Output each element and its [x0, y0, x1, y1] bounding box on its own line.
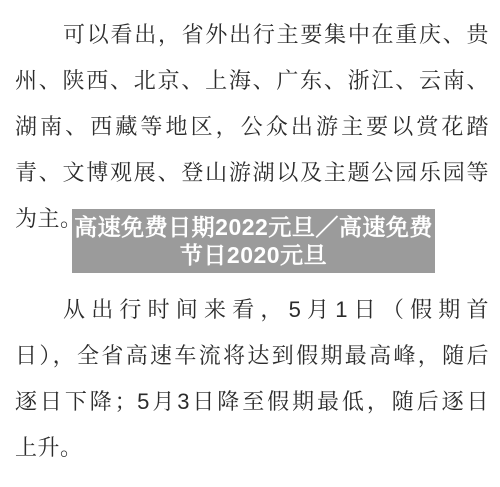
paragraph-travel-time: 从出行时间来看，5月1日（假期首 日），全省高速车流将达到假期最高峰，随后 逐日…: [15, 287, 489, 471]
banner-title-line: 节日2020元旦: [72, 241, 435, 269]
text-line: 可以看出，省外出行主要集中在重庆、贵: [15, 12, 489, 58]
text-line: 州、陕西、北京、上海、广东、浙江、云南、: [15, 58, 489, 104]
inline-link-banner[interactable]: 高速免费日期2022元旦／高速免费 节日2020元旦: [72, 209, 435, 273]
text-line: 逐日下降；5月3日降至假期最低，随后逐日: [15, 379, 489, 425]
text-line: 青、文博观展、登山游湖以及主题公园乐园等: [15, 150, 489, 196]
paragraph-destinations: 可以看出，省外出行主要集中在重庆、贵 州、陕西、北京、上海、广东、浙江、云南、 …: [15, 12, 489, 242]
text-line: 湖南、西藏等地区，公众出游主要以赏花踏: [15, 104, 489, 150]
text-line: 日），全省高速车流将达到假期最高峰，随后: [15, 333, 489, 379]
text-line: 上升。: [15, 425, 489, 471]
banner-title-line: 高速免费日期2022元旦／高速免费: [72, 213, 435, 241]
article-page: 可以看出，省外出行主要集中在重庆、贵 州、陕西、北京、上海、广东、浙江、云南、 …: [0, 0, 500, 487]
text-line: 从出行时间来看，5月1日（假期首: [15, 287, 489, 333]
